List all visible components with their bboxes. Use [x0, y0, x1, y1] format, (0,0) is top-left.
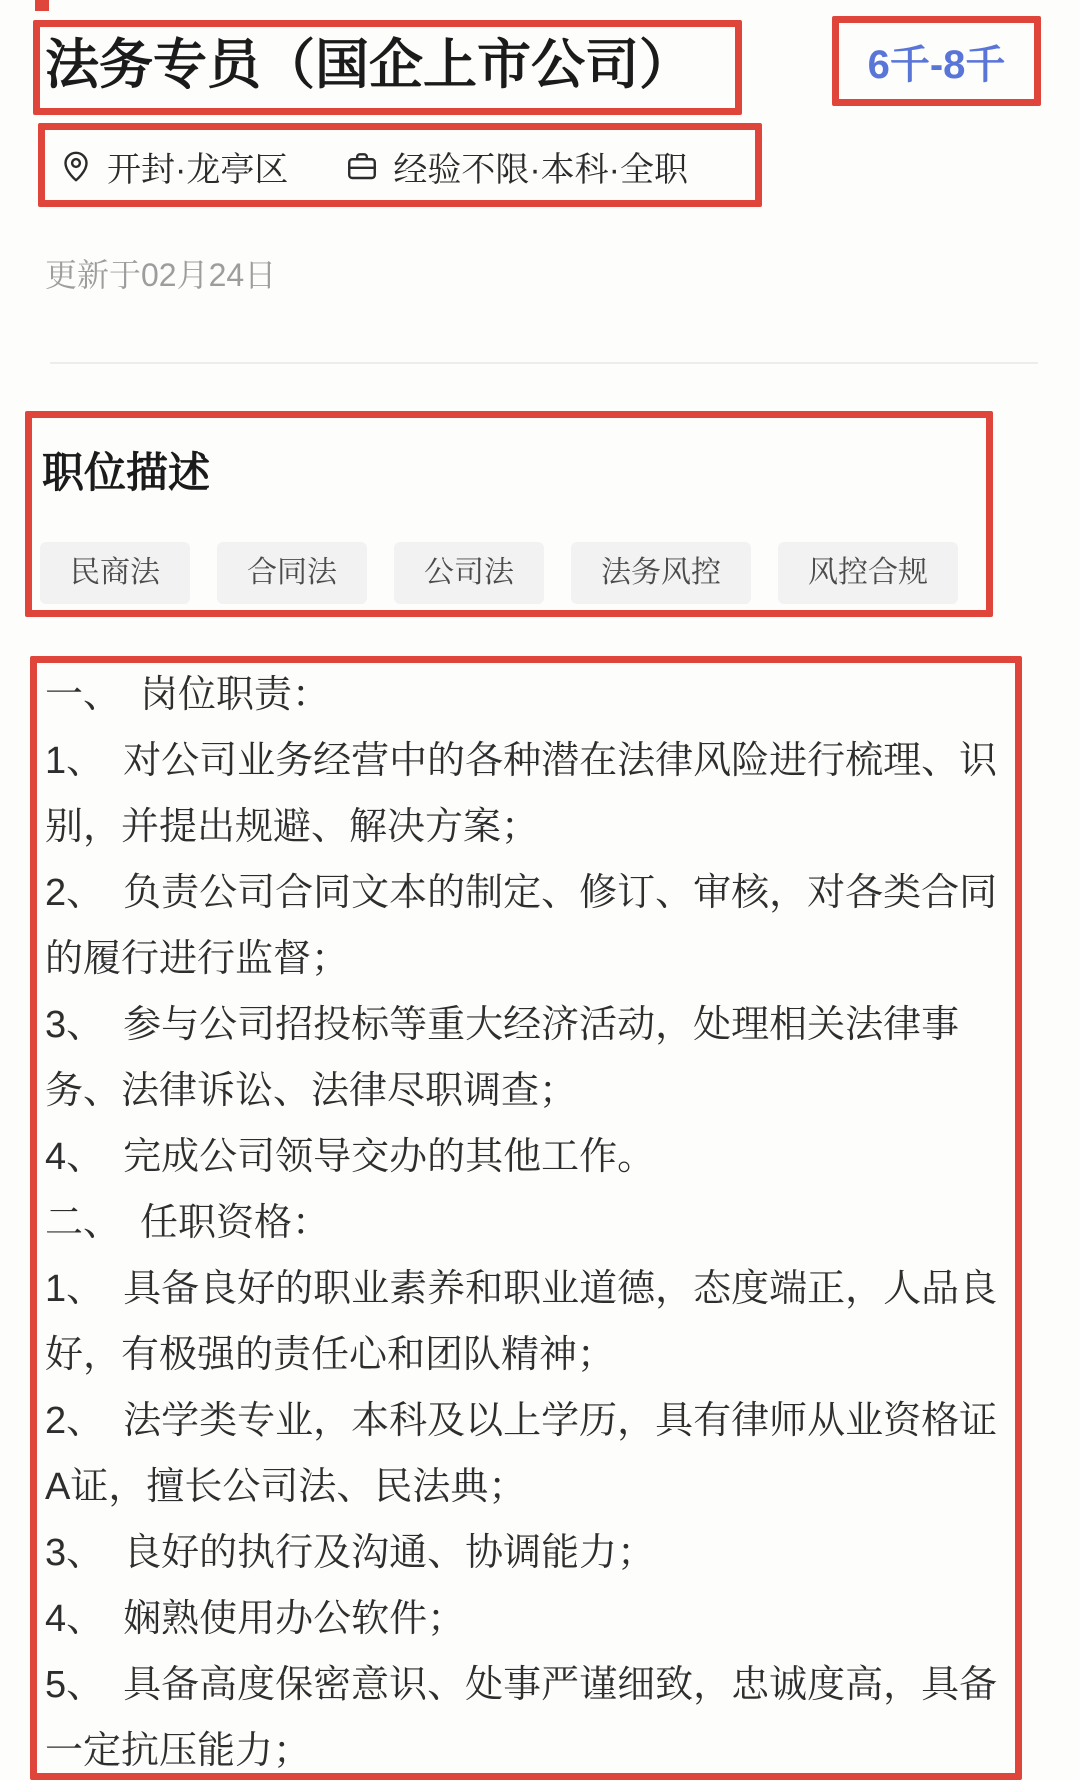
description-line: 一定抗压能力； — [45, 1718, 1035, 1780]
job-tag: 法务风控 — [571, 542, 751, 604]
description-line: 好，有极强的责任心和团队精神； — [45, 1322, 1035, 1388]
job-requirements: 经验不限·本科·全职 — [393, 142, 688, 191]
description-line: 别，并提出规避、解决方案； — [45, 794, 1035, 860]
description-line: 一、 岗位职责： — [45, 662, 1035, 728]
section-heading-description: 职位描述 — [42, 440, 210, 500]
job-location: 开封·龙亭区 — [107, 142, 288, 191]
description-line: 5、 具备高度保密意识、处事严谨细致，忠诚度高，具备 — [45, 1652, 1035, 1718]
job-title: 法务专员（国企上市公司） — [45, 36, 693, 94]
description-line: 4、 完成公司领导交办的其他工作。 — [45, 1124, 1035, 1190]
location-pin-icon — [58, 148, 94, 184]
job-tag: 风控合规 — [778, 542, 958, 604]
description-line: 务、法律诉讼、法律尽职调查； — [45, 1058, 1035, 1124]
description-line: 3、 良好的执行及沟通、协调能力； — [45, 1520, 1035, 1586]
description-line: 4、 娴熟使用办公软件； — [45, 1586, 1035, 1652]
divider — [50, 362, 1038, 364]
annotation-mark — [35, 0, 49, 11]
job-meta-row: 开封·龙亭区 经验不限·本科·全职 — [58, 125, 688, 207]
description-line: 3、 参与公司招投标等重大经济活动，处理相关法律事 — [45, 992, 1035, 1058]
description-line: 2、 负责公司合同文本的制定、修订、审核，对各类合同 — [45, 860, 1035, 926]
briefcase-icon — [344, 148, 380, 184]
description-line: A证，擅长公司法、民法典； — [45, 1454, 1035, 1520]
salary-range: 6千-8千 — [838, 22, 1035, 100]
description-line: 的履行进行监督； — [45, 926, 1035, 992]
description-line: 二、 任职资格： — [45, 1190, 1035, 1256]
job-tag: 合同法 — [217, 542, 367, 604]
description-line: 1、 具备良好的职业素养和职业道德，态度端正，人品良 — [45, 1256, 1035, 1322]
job-tag: 民商法 — [40, 542, 190, 604]
description-line: 2、 法学类专业，本科及以上学历，具有律师从业资格证 — [45, 1388, 1035, 1454]
description-line: 1、 对公司业务经营中的各种潜在法律风险进行梳理、识 — [45, 728, 1035, 794]
tag-list: 民商法合同法公司法法务风控风控合规 — [40, 542, 958, 604]
update-date: 更新于02月24日 — [45, 250, 276, 296]
job-responsibilities-text: 一、 岗位职责：1、 对公司业务经营中的各种潜在法律风险进行梳理、识别，并提出规… — [45, 662, 1035, 1780]
job-tag: 公司法 — [394, 542, 544, 604]
